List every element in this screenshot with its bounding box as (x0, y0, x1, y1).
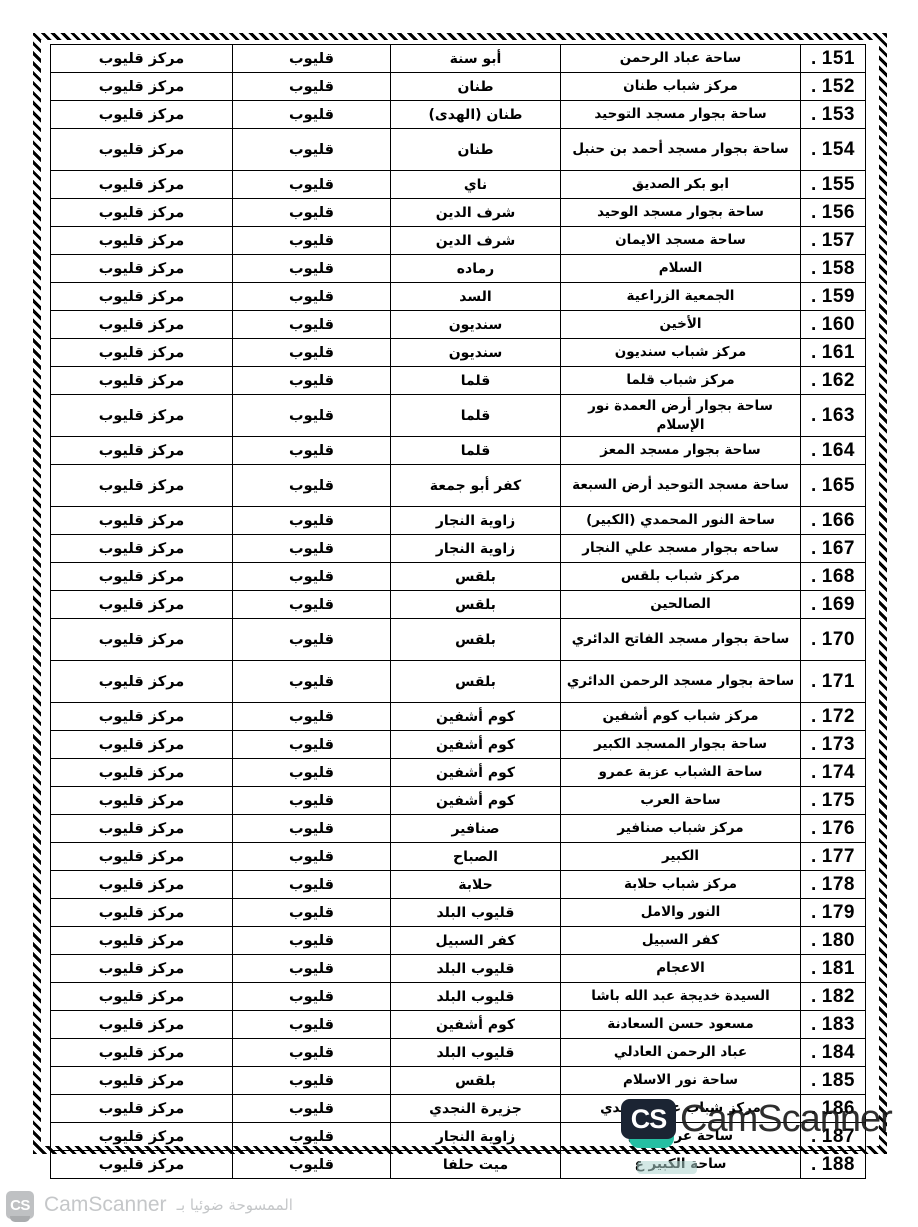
cell-place-name: مركز شباب كوم أشفين (561, 703, 801, 731)
row-number-dot: . (811, 1098, 817, 1120)
cell-village: قليوب البلد (391, 1039, 561, 1067)
table-row: .183مسعود حسن السعادنةكوم أشفينقليوبمركز… (51, 1011, 866, 1039)
row-number-value: 174 (822, 762, 855, 784)
cell-village: بلقس (391, 591, 561, 619)
cell-district: قليوب (233, 1067, 391, 1095)
cell-village: كوم أشفين (391, 731, 561, 759)
cell-row-number: .177 (801, 843, 866, 871)
cell-row-number: .169 (801, 591, 866, 619)
cell-center: مركز قليوب (51, 1039, 233, 1067)
row-number-value: 175 (822, 790, 855, 812)
cell-district: قليوب (233, 199, 391, 227)
cell-row-number: .170 (801, 619, 866, 661)
cell-row-number: .166 (801, 507, 866, 535)
row-number-value: 178 (822, 874, 855, 896)
cell-village: الصباح (391, 843, 561, 871)
cell-district: قليوب (233, 871, 391, 899)
table-row: .164ساحة بجوار مسجد المعزقلماقليوبمركز ق… (51, 437, 866, 465)
cell-center: مركز قليوب (51, 815, 233, 843)
cell-village: قليوب البلد (391, 955, 561, 983)
cell-place-name: ساحة بجوار مسجد المعز (561, 437, 801, 465)
row-number-value: 158 (822, 258, 855, 280)
cell-district: قليوب (233, 367, 391, 395)
cell-center: مركز قليوب (51, 311, 233, 339)
row-number-value: 181 (822, 958, 855, 980)
cell-place-name: مركز شباب بلقس (561, 563, 801, 591)
row-number-dot: . (811, 958, 817, 980)
cell-district: قليوب (233, 73, 391, 101)
row-number-dot: . (811, 510, 817, 532)
row-number-value: 188 (822, 1154, 855, 1176)
cell-place-name: ساحة مسجد التوحيد أرض السبعة (561, 465, 801, 507)
table-row: .165ساحة مسجد التوحيد أرض السبعةكفر أبو … (51, 465, 866, 507)
cell-place-name: ساحة عرب عس (561, 1123, 801, 1151)
table-row: .176مركز شباب صنافيرصنافيرقليوبمركز قليو… (51, 815, 866, 843)
cell-row-number: .154 (801, 129, 866, 171)
row-number-dot: . (811, 629, 817, 651)
table-row: .177الكبيرالصباحقليوبمركز قليوب (51, 843, 866, 871)
row-number-dot: . (811, 1070, 817, 1092)
cell-center: مركز قليوب (51, 73, 233, 101)
cell-district: قليوب (233, 255, 391, 283)
cell-place-name: ساحة النور المحمدي (الكبير) (561, 507, 801, 535)
row-number-value: 156 (822, 202, 855, 224)
cell-village: السد (391, 283, 561, 311)
row-number-value: 167 (822, 538, 855, 560)
cell-place-name: ساحة الشباب عزبة عمرو (561, 759, 801, 787)
row-number-dot: . (811, 818, 817, 840)
cell-center: مركز قليوب (51, 1151, 233, 1179)
row-number-dot: . (811, 48, 817, 70)
cell-district: قليوب (233, 731, 391, 759)
row-number-value: 179 (822, 902, 855, 924)
cell-village: قلما (391, 437, 561, 465)
row-number-value: 157 (822, 230, 855, 252)
table-row: .168مركز شباب بلقسبلقسقليوبمركز قليوب (51, 563, 866, 591)
cell-center: مركز قليوب (51, 1011, 233, 1039)
row-number-value: 187 (822, 1126, 855, 1148)
cell-center: مركز قليوب (51, 731, 233, 759)
cell-place-name: ساحة بجوار مسجد أحمد بن حنبل (561, 129, 801, 171)
cell-row-number: .182 (801, 983, 866, 1011)
cell-district: قليوب (233, 339, 391, 367)
cell-village: كوم أشفين (391, 703, 561, 731)
cell-village: زاوية النجار (391, 1123, 561, 1151)
cell-district: قليوب (233, 661, 391, 703)
table-row: .161مركز شباب سنديونسنديونقليوبمركز قليو… (51, 339, 866, 367)
table-row: .166ساحة النور المحمدي (الكبير)زاوية الن… (51, 507, 866, 535)
row-number-dot: . (811, 1014, 817, 1036)
table-row: .172مركز شباب كوم أشفينكوم أشفينقليوبمرك… (51, 703, 866, 731)
cell-center: مركز قليوب (51, 1095, 233, 1123)
cell-place-name: ساحة عباد الرحمن (561, 45, 801, 73)
cell-village: ناي (391, 171, 561, 199)
row-number-dot: . (811, 405, 817, 427)
row-number-dot: . (811, 902, 817, 924)
cell-district: قليوب (233, 703, 391, 731)
cell-center: مركز قليوب (51, 255, 233, 283)
cell-row-number: .162 (801, 367, 866, 395)
table-row: .186مركز شباب عرب النجديجزيرة النجديقليو… (51, 1095, 866, 1123)
row-number-dot: . (811, 258, 817, 280)
row-number-value: 180 (822, 930, 855, 952)
cell-village: كفر السبيل (391, 927, 561, 955)
cell-district: قليوب (233, 927, 391, 955)
cell-row-number: .156 (801, 199, 866, 227)
cell-village: كفر أبو جمعة (391, 465, 561, 507)
cell-village: قلما (391, 395, 561, 437)
table-row: .181الاعجامقليوب البلدقليوبمركز قليوب (51, 955, 866, 983)
cell-place-name: ساحة بجوار مسجد الرحمن الدائري (561, 661, 801, 703)
cell-center: مركز قليوب (51, 437, 233, 465)
row-number-value: 162 (822, 370, 855, 392)
row-number-dot: . (811, 1126, 817, 1148)
row-number-dot: . (811, 475, 817, 497)
cell-village: أبو سنة (391, 45, 561, 73)
cell-row-number: .183 (801, 1011, 866, 1039)
cell-village: سنديون (391, 311, 561, 339)
cell-district: قليوب (233, 787, 391, 815)
row-number-value: 168 (822, 566, 855, 588)
table-row: .162مركز شباب قلماقلماقليوبمركز قليوب (51, 367, 866, 395)
table-row: .178مركز شباب حلابةحلابةقليوبمركز قليوب (51, 871, 866, 899)
cell-center: مركز قليوب (51, 507, 233, 535)
cell-village: قليوب البلد (391, 983, 561, 1011)
cell-district: قليوب (233, 227, 391, 255)
cell-row-number: .184 (801, 1039, 866, 1067)
row-number-value: 160 (822, 314, 855, 336)
cell-village: ميت حلفا (391, 1151, 561, 1179)
cell-row-number: .155 (801, 171, 866, 199)
camscanner-logo-smudge (637, 1161, 697, 1174)
cell-row-number: .161 (801, 339, 866, 367)
cell-row-number: .187 (801, 1123, 866, 1151)
cell-district: قليوب (233, 759, 391, 787)
footer-arabic-text: الممسوحة ضوئيا بـ (177, 1196, 293, 1214)
cell-district: قليوب (233, 395, 391, 437)
cell-place-name: النور والامل (561, 899, 801, 927)
table-row: .175ساحة العربكوم أشفينقليوبمركز قليوب (51, 787, 866, 815)
cell-district: قليوب (233, 1039, 391, 1067)
row-number-dot: . (811, 342, 817, 364)
row-number-dot: . (811, 104, 817, 126)
cell-place-name: ساحة نور الاسلام (561, 1067, 801, 1095)
cell-place-name: مركز شباب طنان (561, 73, 801, 101)
cell-district: قليوب (233, 843, 391, 871)
cell-village: شرف الدين (391, 227, 561, 255)
table-row: .153ساحة بجوار مسجد التوحيدطنان (الهدى)ق… (51, 101, 866, 129)
cell-village: زاوية النجار (391, 535, 561, 563)
cell-row-number: .178 (801, 871, 866, 899)
cell-place-name: ساحة العرب (561, 787, 801, 815)
cell-district: قليوب (233, 311, 391, 339)
cell-place-name: مسعود حسن السعادنة (561, 1011, 801, 1039)
cell-row-number: .179 (801, 899, 866, 927)
cell-center: مركز قليوب (51, 101, 233, 129)
row-number-value: 177 (822, 846, 855, 868)
cell-row-number: .181 (801, 955, 866, 983)
cell-village: زاوية النجار (391, 507, 561, 535)
table-row: .180كفر السبيلكفر السبيلقليوبمركز قليوب (51, 927, 866, 955)
row-number-dot: . (811, 734, 817, 756)
row-number-value: 176 (822, 818, 855, 840)
cell-village: رماده (391, 255, 561, 283)
row-number-value: 173 (822, 734, 855, 756)
cell-district: قليوب (233, 171, 391, 199)
cell-center: مركز قليوب (51, 591, 233, 619)
cell-district: قليوب (233, 1011, 391, 1039)
cell-village: كوم أشفين (391, 759, 561, 787)
row-number-dot: . (811, 286, 817, 308)
row-number-dot: . (811, 671, 817, 693)
cell-row-number: .159 (801, 283, 866, 311)
table-row: .160الأخينسنديونقليوبمركز قليوب (51, 311, 866, 339)
table-row: .152مركز شباب طنانطنانقليوبمركز قليوب (51, 73, 866, 101)
row-number-dot: . (811, 706, 817, 728)
cell-center: مركز قليوب (51, 395, 233, 437)
cell-center: مركز قليوب (51, 661, 233, 703)
cell-row-number: .171 (801, 661, 866, 703)
table-row: .188ساحة الكبير عميت حلفاقليوبمركز قليوب (51, 1151, 866, 1179)
cell-row-number: .174 (801, 759, 866, 787)
cell-district: قليوب (233, 899, 391, 927)
cell-row-number: .165 (801, 465, 866, 507)
cell-center: مركز قليوب (51, 759, 233, 787)
cell-row-number: .185 (801, 1067, 866, 1095)
row-number-dot: . (811, 314, 817, 336)
row-number-dot: . (811, 538, 817, 560)
row-number-dot: . (811, 874, 817, 896)
cell-district: قليوب (233, 955, 391, 983)
cell-place-name: الاعجام (561, 955, 801, 983)
cell-district: قليوب (233, 507, 391, 535)
row-number-value: 185 (822, 1070, 855, 1092)
row-number-value: 166 (822, 510, 855, 532)
cell-district: قليوب (233, 101, 391, 129)
row-number-value: 152 (822, 76, 855, 98)
cell-place-name: السلام (561, 255, 801, 283)
cell-row-number: .175 (801, 787, 866, 815)
cell-place-name: الأخين (561, 311, 801, 339)
row-number-value: 172 (822, 706, 855, 728)
scanned-with-footer: CS CamScanner الممسوحة ضوئيا بـ (6, 1189, 293, 1221)
cell-district: قليوب (233, 619, 391, 661)
cell-row-number: .164 (801, 437, 866, 465)
row-number-value: 182 (822, 986, 855, 1008)
row-number-dot: . (811, 930, 817, 952)
cell-center: مركز قليوب (51, 129, 233, 171)
row-number-dot: . (811, 762, 817, 784)
cell-center: مركز قليوب (51, 45, 233, 73)
cell-place-name: مركز شباب قلما (561, 367, 801, 395)
cell-center: مركز قليوب (51, 899, 233, 927)
table-row: .156ساحة بجوار مسجد الوحيدشرف الدينقليوب… (51, 199, 866, 227)
cell-village: صنافير (391, 815, 561, 843)
cell-row-number: .167 (801, 535, 866, 563)
cell-place-name: عباد الرحمن العادلي (561, 1039, 801, 1067)
cell-village: كوم أشفين (391, 787, 561, 815)
cell-place-name: ساحة بجوار مسجد الفاتح الدائري (561, 619, 801, 661)
cell-district: قليوب (233, 1095, 391, 1123)
row-number-dot: . (811, 986, 817, 1008)
cell-village: بلقس (391, 563, 561, 591)
cell-center: مركز قليوب (51, 563, 233, 591)
locations-table: .151ساحة عباد الرحمنأبو سنةقليوبمركز قلي… (50, 44, 866, 1179)
cell-row-number: .172 (801, 703, 866, 731)
row-number-value: 155 (822, 174, 855, 196)
cell-center: مركز قليوب (51, 535, 233, 563)
row-number-dot: . (811, 594, 817, 616)
cell-district: قليوب (233, 983, 391, 1011)
cell-row-number: .157 (801, 227, 866, 255)
table-row: .170ساحة بجوار مسجد الفاتح الدائريبلقسقل… (51, 619, 866, 661)
cell-center: مركز قليوب (51, 843, 233, 871)
row-number-value: 171 (822, 671, 855, 693)
cell-row-number: .186 (801, 1095, 866, 1123)
row-number-dot: . (811, 230, 817, 252)
cell-district: قليوب (233, 45, 391, 73)
cell-row-number: .151 (801, 45, 866, 73)
table-row: .187ساحة عرب عسزاوية النجارقليوبمركز قلي… (51, 1123, 866, 1151)
cell-place-name: ساحة بجوار مسجد التوحيد (561, 101, 801, 129)
row-number-dot: . (811, 1154, 817, 1176)
cell-center: مركز قليوب (51, 703, 233, 731)
row-number-dot: . (811, 1042, 817, 1064)
cell-village: بلقس (391, 619, 561, 661)
cell-village: بلقس (391, 1067, 561, 1095)
row-number-value: 164 (822, 440, 855, 462)
table-row: .154ساحة بجوار مسجد أحمد بن حنبلطنانقليو… (51, 129, 866, 171)
cell-row-number: .176 (801, 815, 866, 843)
cell-district: قليوب (233, 465, 391, 507)
table-row: .157ساحة مسجد الايمانشرف الدينقليوبمركز … (51, 227, 866, 255)
cell-place-name: ساحة مسجد الايمان (561, 227, 801, 255)
cell-center: مركز قليوب (51, 199, 233, 227)
cell-center: مركز قليوب (51, 927, 233, 955)
cell-center: مركز قليوب (51, 983, 233, 1011)
cell-place-name: ساحة بجوار أرض العمدة نور الإسلام (561, 395, 801, 437)
cell-row-number: .163 (801, 395, 866, 437)
row-number-value: 159 (822, 286, 855, 308)
cell-center: مركز قليوب (51, 1067, 233, 1095)
cell-district: قليوب (233, 591, 391, 619)
cell-village: سنديون (391, 339, 561, 367)
row-number-dot: . (811, 790, 817, 812)
cell-row-number: .158 (801, 255, 866, 283)
cell-place-name: ساحة بجوار مسجد الوحيد (561, 199, 801, 227)
locations-table-body: .151ساحة عباد الرحمنأبو سنةقليوبمركز قلي… (51, 45, 866, 1179)
cell-row-number: .173 (801, 731, 866, 759)
cell-village: قليوب البلد (391, 899, 561, 927)
cell-center: مركز قليوب (51, 367, 233, 395)
cell-place-name: ساحة بجوار المسجد الكبير (561, 731, 801, 759)
cell-center: مركز قليوب (51, 465, 233, 507)
footer-camscanner-icon-tab (10, 1216, 30, 1222)
row-number-dot: . (811, 370, 817, 392)
cell-district: قليوب (233, 1123, 391, 1151)
cell-village: جزيرة النجدي (391, 1095, 561, 1123)
row-number-value: 170 (822, 629, 855, 651)
cell-place-name: مركز شباب صنافير (561, 815, 801, 843)
cell-center: مركز قليوب (51, 1123, 233, 1151)
cell-center: مركز قليوب (51, 955, 233, 983)
cell-place-name: كفر السبيل (561, 927, 801, 955)
cell-center: مركز قليوب (51, 787, 233, 815)
cell-place-name: مركز شباب حلابة (561, 871, 801, 899)
cell-village: شرف الدين (391, 199, 561, 227)
cell-district: قليوب (233, 815, 391, 843)
table-row: .163ساحة بجوار أرض العمدة نور الإسلامقلم… (51, 395, 866, 437)
cell-place-name: مركز شباب سنديون (561, 339, 801, 367)
table-row: .151ساحة عباد الرحمنأبو سنةقليوبمركز قلي… (51, 45, 866, 73)
row-number-dot: . (811, 566, 817, 588)
cell-place-name: الكبير (561, 843, 801, 871)
table-row: .173ساحة بجوار المسجد الكبيركوم أشفينقلي… (51, 731, 866, 759)
row-number-value: 151 (822, 48, 855, 70)
cell-village: بلقس (391, 661, 561, 703)
footer-brand-text: CamScanner (44, 1193, 167, 1217)
table-row: .174ساحة الشباب عزبة عمروكوم أشفينقليوبم… (51, 759, 866, 787)
table-row: .155ابو بكر الصديقنايقليوبمركز قليوب (51, 171, 866, 199)
row-number-value: 184 (822, 1042, 855, 1064)
table-row: .159الجمعية الزراعيةالسدقليوبمركز قليوب (51, 283, 866, 311)
cell-village: طنان (الهدى) (391, 101, 561, 129)
cell-row-number: .188 (801, 1151, 866, 1179)
footer-camscanner-icon-text: CS (10, 1197, 30, 1214)
cell-district: قليوب (233, 283, 391, 311)
row-number-value: 154 (822, 139, 855, 161)
row-number-value: 163 (822, 405, 855, 427)
table-row: .171ساحة بجوار مسجد الرحمن الدائريبلقسقل… (51, 661, 866, 703)
row-number-dot: . (811, 174, 817, 196)
cell-village: كوم أشفين (391, 1011, 561, 1039)
cell-place-name: الصالحين (561, 591, 801, 619)
row-number-value: 186 (822, 1098, 855, 1120)
cell-district: قليوب (233, 1151, 391, 1179)
cell-center: مركز قليوب (51, 283, 233, 311)
table-row: .184عباد الرحمن العادليقليوب البلدقليوبم… (51, 1039, 866, 1067)
cell-village: طنان (391, 129, 561, 171)
row-number-dot: . (811, 76, 817, 98)
cell-district: قليوب (233, 535, 391, 563)
cell-center: مركز قليوب (51, 619, 233, 661)
cell-row-number: .152 (801, 73, 866, 101)
row-number-value: 183 (822, 1014, 855, 1036)
row-number-value: 165 (822, 475, 855, 497)
row-number-dot: . (811, 202, 817, 224)
table-row: .167ساحه بجوار مسجد علي النجارزاوية النج… (51, 535, 866, 563)
cell-village: حلابة (391, 871, 561, 899)
cell-village: قلما (391, 367, 561, 395)
cell-center: مركز قليوب (51, 227, 233, 255)
cell-place-name: السيدة خديجة عبد الله باشا (561, 983, 801, 1011)
row-number-value: 161 (822, 342, 855, 364)
cell-village: طنان (391, 73, 561, 101)
cell-place-name: ساحه بجوار مسجد علي النجار (561, 535, 801, 563)
cell-row-number: .180 (801, 927, 866, 955)
table-row: .179النور والاملقليوب البلدقليوبمركز قلي… (51, 899, 866, 927)
cell-row-number: .153 (801, 101, 866, 129)
cell-center: مركز قليوب (51, 339, 233, 367)
cell-place-name: مركز شباب عرب النجدي (561, 1095, 801, 1123)
table-row: .169الصالحينبلقسقليوبمركز قليوب (51, 591, 866, 619)
row-number-value: 169 (822, 594, 855, 616)
cell-place-name: ابو بكر الصديق (561, 171, 801, 199)
table-row: .182السيدة خديجة عبد الله باشاقليوب البل… (51, 983, 866, 1011)
table-row: .158السلامرمادهقليوبمركز قليوب (51, 255, 866, 283)
cell-center: مركز قليوب (51, 871, 233, 899)
row-number-value: 153 (822, 104, 855, 126)
